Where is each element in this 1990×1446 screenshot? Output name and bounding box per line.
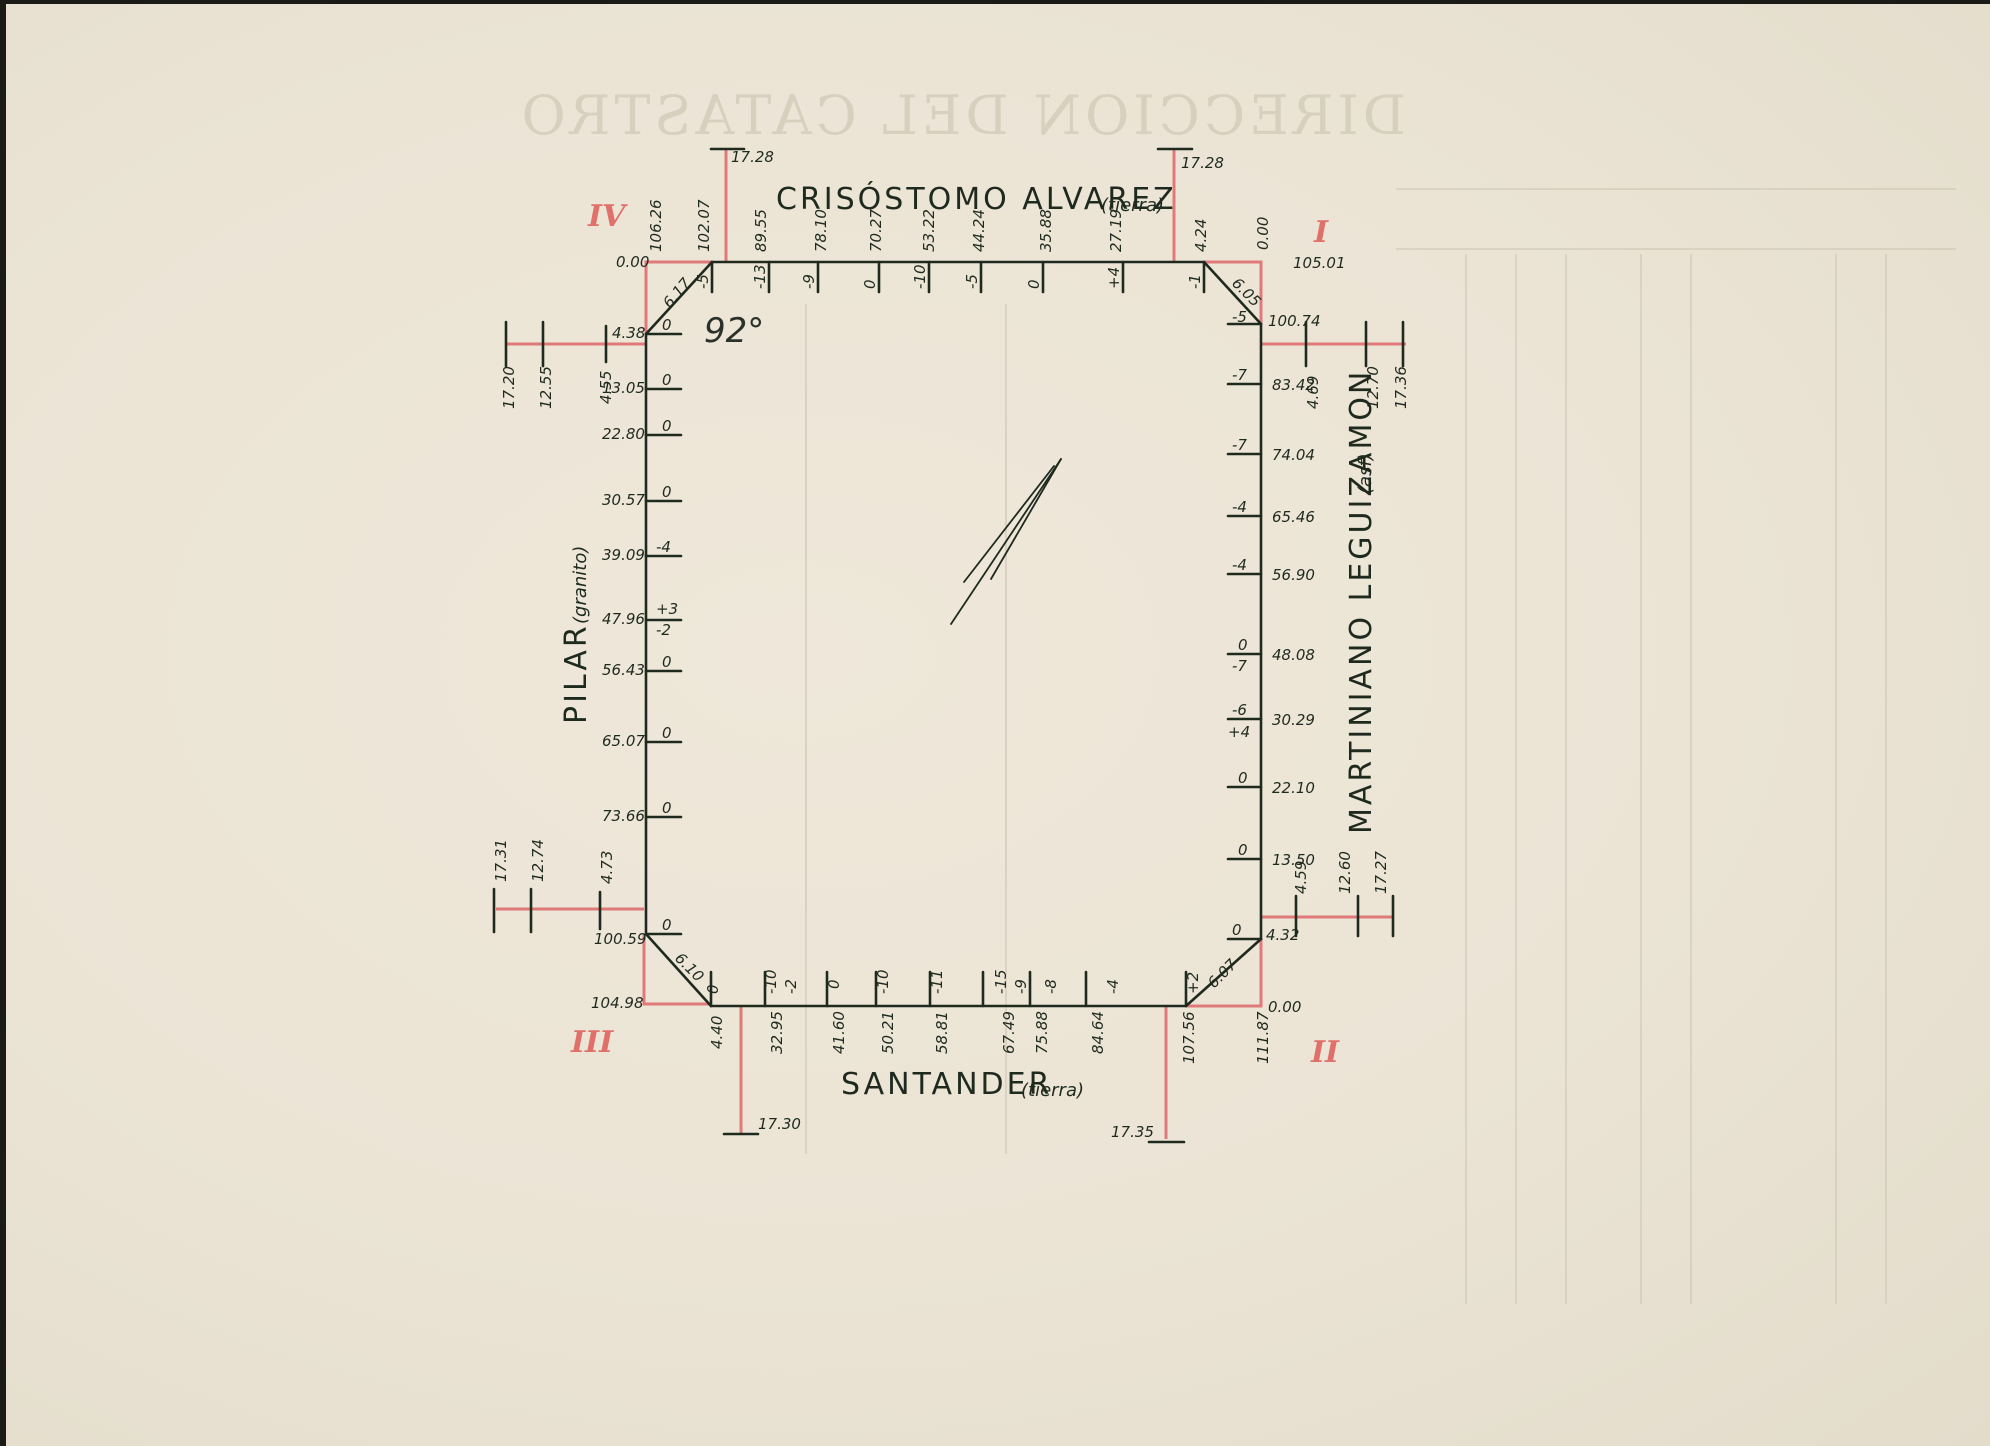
- lot-perimeter: [646, 262, 1261, 1006]
- svg-text:-10: -10: [762, 970, 780, 995]
- svg-text:100.74: 100.74: [1268, 312, 1321, 330]
- svg-text:-1: -1: [1186, 274, 1204, 289]
- svg-text:0.00: 0.00: [1268, 998, 1301, 1016]
- street-name-east: MARTINIANO LEGUIZAMON: [1344, 369, 1379, 834]
- svg-text:+4: +4: [1105, 267, 1123, 289]
- svg-text:-5: -5: [694, 274, 712, 289]
- svg-text:0: 0: [662, 316, 672, 334]
- svg-text:-7: -7: [1232, 436, 1247, 454]
- svg-text:35.88: 35.88: [1037, 209, 1055, 252]
- north-offset-labels: -5 -13 -9 0 -10 -5 0 +4 -1: [694, 265, 1204, 290]
- svg-text:0: 0: [1238, 769, 1248, 787]
- svg-text:53.22: 53.22: [920, 209, 938, 252]
- svg-text:0: 0: [1238, 841, 1248, 859]
- svg-text:47.96: 47.96: [602, 610, 645, 628]
- svg-text:0.00: 0.00: [1254, 217, 1272, 250]
- svg-text:39.09: 39.09: [602, 546, 645, 564]
- svg-text:-10: -10: [874, 970, 892, 995]
- svg-text:22.10: 22.10: [1272, 779, 1315, 797]
- svg-text:56.43: 56.43: [602, 661, 645, 679]
- svg-text:73.66: 73.66: [602, 807, 645, 825]
- svg-text:70.27: 70.27: [867, 209, 885, 252]
- svg-text:12.60: 12.60: [1336, 851, 1354, 894]
- svg-text:0: 0: [662, 417, 672, 435]
- svg-text:0: 0: [1232, 921, 1242, 939]
- svg-text:0: 0: [704, 984, 722, 994]
- svg-text:4.40: 4.40: [708, 1016, 726, 1049]
- survey-sheet: DIRECCION DEL CATASTRO: [6, 4, 1990, 1446]
- red-construction-lines: [496, 149, 1406, 1139]
- svg-text:4.59: 4.59: [1292, 861, 1310, 894]
- svg-text:-4: -4: [1232, 498, 1247, 516]
- watermark: DIRECCION DEL CATASTRO: [518, 84, 1406, 147]
- svg-text:-7: -7: [1232, 366, 1247, 384]
- svg-text:17.36: 17.36: [1392, 366, 1410, 409]
- svg-text:105.01: 105.01: [1293, 254, 1346, 272]
- svg-text:78.10: 78.10: [812, 209, 830, 252]
- svg-text:75.88: 75.88: [1033, 1011, 1051, 1054]
- street-width-label: 17.35: [1111, 1123, 1154, 1141]
- svg-text:104.98: 104.98: [591, 994, 644, 1012]
- svg-text:4.38: 4.38: [612, 324, 645, 342]
- svg-text:-9: -9: [800, 274, 818, 289]
- svg-text:17.31: 17.31: [492, 839, 510, 882]
- svg-text:-7: -7: [1232, 657, 1247, 675]
- svg-text:-10: -10: [911, 265, 929, 290]
- svg-text:12.74: 12.74: [529, 839, 547, 882]
- west-cross-labels: 17.20 12.55 4.55 17.31 12.74 4.73: [492, 366, 616, 884]
- svg-text:6.17: 6.17: [659, 274, 695, 312]
- svg-text:-2: -2: [656, 621, 671, 639]
- svg-text:0: 0: [825, 979, 843, 989]
- south-distance-labels: 4.40 32.95 41.60 50.21 58.81 67.49 75.88…: [708, 1011, 1272, 1064]
- street-name-west: PILAR: [559, 623, 594, 724]
- svg-text:67.49: 67.49: [1000, 1011, 1018, 1054]
- svg-text:0: 0: [662, 653, 672, 671]
- svg-text:30.57: 30.57: [602, 491, 645, 509]
- svg-text:41.60: 41.60: [830, 1011, 848, 1054]
- background-form-grid: [806, 189, 1956, 1304]
- svg-text:-6: -6: [1232, 701, 1247, 719]
- svg-text:-5: -5: [963, 274, 981, 289]
- svg-text:-4: -4: [656, 538, 671, 556]
- svg-text:32.95: 32.95: [768, 1011, 786, 1054]
- street-width-label: 17.28: [1181, 154, 1224, 172]
- corner-label-IV: IV: [587, 199, 628, 234]
- svg-text:56.90: 56.90: [1272, 566, 1315, 584]
- svg-text:-8: -8: [1042, 979, 1060, 994]
- svg-text:-5: -5: [1232, 308, 1247, 326]
- angle-note: 92°: [704, 311, 764, 351]
- survey-drawing: DIRECCION DEL CATASTRO: [6, 4, 1990, 1446]
- svg-text:12.55: 12.55: [537, 366, 555, 409]
- svg-text:0: 0: [662, 916, 672, 934]
- svg-text:6.10: 6.10: [671, 949, 707, 985]
- svg-text:107.56: 107.56: [1180, 1012, 1198, 1065]
- svg-text:4.32: 4.32: [1266, 926, 1299, 944]
- svg-text:+4: +4: [1228, 723, 1250, 741]
- svg-text:0: 0: [662, 724, 672, 742]
- svg-text:4.69: 4.69: [1304, 376, 1322, 409]
- svg-text:30.29: 30.29: [1272, 711, 1315, 729]
- west-offset-labels: 0 0 0 0 -4 +3 -2 0 0 0 0: [656, 316, 678, 934]
- svg-text:4.24: 4.24: [1192, 219, 1210, 252]
- corner-label-I: I: [1313, 215, 1329, 250]
- svg-text:111.87: 111.87: [1254, 1011, 1272, 1064]
- street-surface-east: (asf): [1355, 453, 1376, 494]
- svg-text:12.70: 12.70: [1364, 366, 1382, 409]
- svg-text:84.64: 84.64: [1089, 1011, 1107, 1054]
- corner-label-II: II: [1310, 1035, 1340, 1070]
- svg-text:0: 0: [662, 799, 672, 817]
- svg-text:65.07: 65.07: [602, 732, 645, 750]
- svg-text:0.00: 0.00: [616, 253, 649, 271]
- east-distance-labels: 105.01 100.74 83.42 74.04 65.46 56.90 48…: [1266, 254, 1346, 1016]
- street-width-label: 17.30: [758, 1115, 801, 1133]
- street-width-label: 17.28: [731, 148, 774, 166]
- svg-text:0: 0: [861, 279, 879, 289]
- svg-text:-13: -13: [751, 265, 769, 290]
- corner-label-III: III: [570, 1025, 614, 1060]
- svg-text:-9: -9: [1012, 979, 1030, 994]
- svg-text:4.73: 4.73: [598, 851, 616, 884]
- svg-text:0: 0: [1025, 279, 1043, 289]
- svg-text:89.55: 89.55: [752, 209, 770, 252]
- svg-text:44.24: 44.24: [970, 209, 988, 252]
- svg-text:-4: -4: [1232, 556, 1247, 574]
- svg-text:65.46: 65.46: [1272, 508, 1315, 526]
- svg-text:+3: +3: [656, 600, 678, 618]
- svg-text:100.59: 100.59: [594, 930, 647, 948]
- svg-text:-11: -11: [928, 970, 946, 995]
- svg-text:4.55: 4.55: [597, 371, 615, 404]
- svg-text:17.27: 17.27: [1372, 851, 1390, 894]
- svg-text:17.20: 17.20: [500, 366, 518, 409]
- svg-text:0: 0: [662, 483, 672, 501]
- svg-text:-15: -15: [992, 970, 1010, 995]
- svg-text:50.21: 50.21: [879, 1011, 897, 1054]
- svg-text:27.19: 27.19: [1107, 209, 1125, 252]
- svg-text:0: 0: [662, 371, 672, 389]
- chamfer-labels: 6.17 6.05 6.10 6.07: [659, 274, 1264, 992]
- svg-text:48.08: 48.08: [1272, 646, 1315, 664]
- svg-text:-2: -2: [782, 979, 800, 994]
- svg-text:0: 0: [1238, 636, 1248, 654]
- svg-text:6.05: 6.05: [1228, 274, 1264, 310]
- svg-text:58.81: 58.81: [933, 1011, 951, 1054]
- svg-text:+2: +2: [1184, 972, 1202, 994]
- svg-text:106.26: 106.26: [647, 200, 665, 253]
- svg-text:102.07: 102.07: [695, 199, 713, 252]
- svg-text:74.04: 74.04: [1272, 446, 1315, 464]
- street-surface-south: (tierra): [1021, 1080, 1084, 1101]
- street-surface-west: (granito): [570, 546, 591, 624]
- south-offset-labels: 0 -10 -2 0 -10 -11 -15 -9 -8 -4 +2: [704, 970, 1202, 995]
- north-offset-ticks: [712, 262, 1204, 292]
- svg-text:-4: -4: [1104, 979, 1122, 994]
- svg-text:22.80: 22.80: [602, 425, 645, 443]
- east-offset-labels: -5 -7 -7 -4 -4 0 -7 -6 +4 0 0 0: [1228, 308, 1250, 939]
